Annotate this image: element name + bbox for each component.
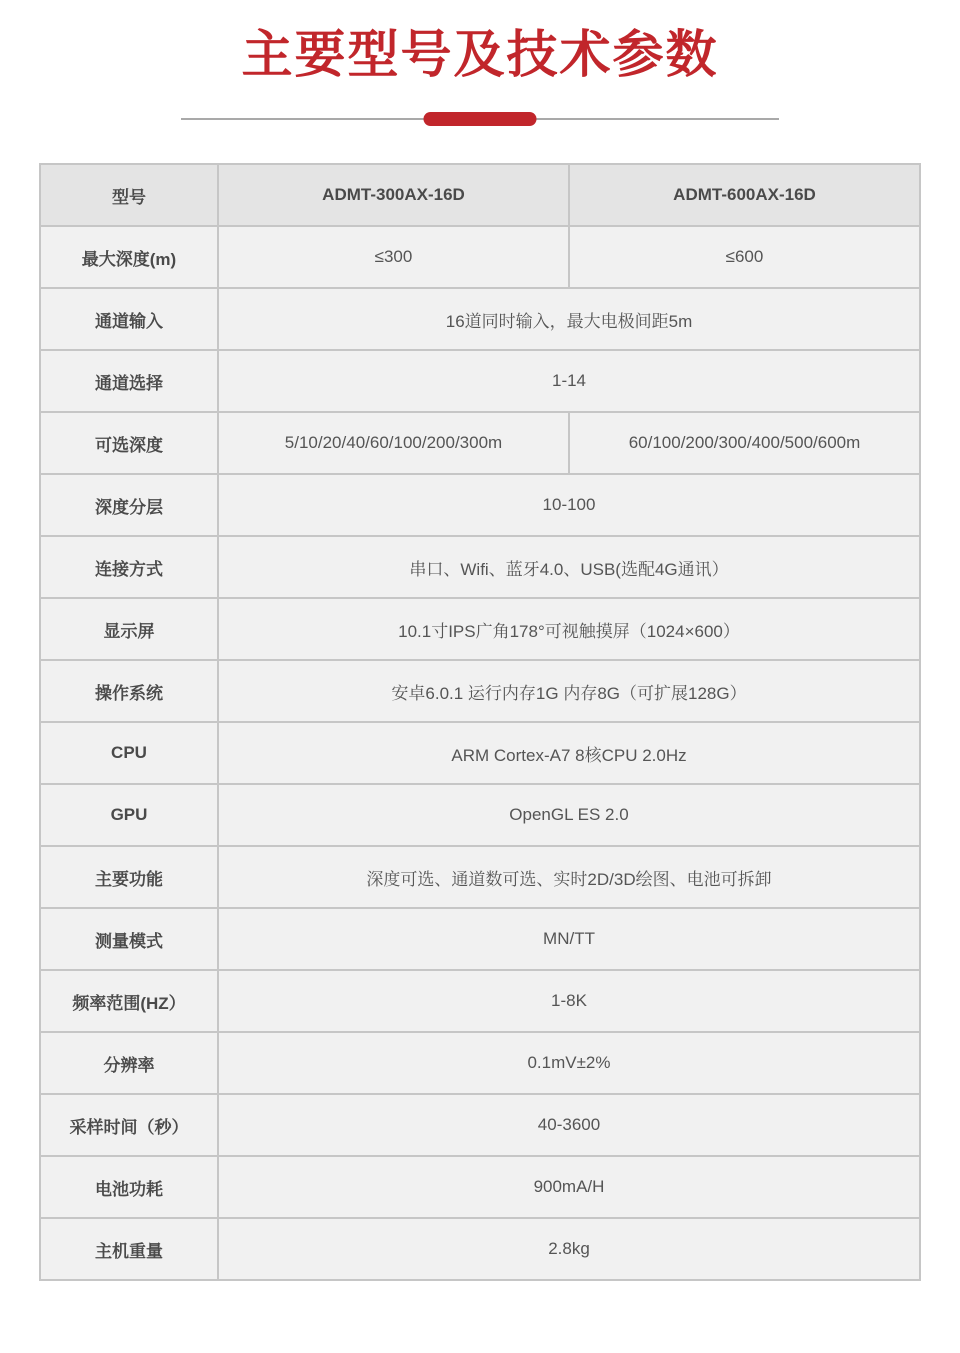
spec-label: 型号 [40, 164, 218, 226]
spec-label: 主机重量 [40, 1218, 218, 1280]
spec-value: 1-8K [218, 970, 920, 1032]
spec-row: 主要功能深度可选、通道数可选、实时2D/3D绘图、电池可拆卸 [40, 846, 920, 908]
spec-label: 主要功能 [40, 846, 218, 908]
spec-label: 频率范围(HZ） [40, 970, 218, 1032]
spec-label: 深度分层 [40, 474, 218, 536]
spec-label: 测量模式 [40, 908, 218, 970]
spec-value: ARM Cortex-A7 8核CPU 2.0Hz [218, 722, 920, 784]
spec-value: 0.1mV±2% [218, 1032, 920, 1094]
spec-row: 操作系统安卓6.0.1 运行内存1G 内存8G（可扩展128G） [40, 660, 920, 722]
spec-table-body: 型号ADMT-300AX-16DADMT-600AX-16D最大深度(m)≤30… [40, 164, 920, 1280]
spec-row: 主机重量2.8kg [40, 1218, 920, 1280]
spec-row: 最大深度(m)≤300≤600 [40, 226, 920, 288]
spec-row: 测量模式MN/TT [40, 908, 920, 970]
title-divider [181, 112, 779, 126]
spec-label: 采样时间（秒） [40, 1094, 218, 1156]
spec-row: 电池功耗900mA/H [40, 1156, 920, 1218]
spec-value: MN/TT [218, 908, 920, 970]
spec-label: 通道选择 [40, 350, 218, 412]
spec-label: 可选深度 [40, 412, 218, 474]
spec-value: 安卓6.0.1 运行内存1G 内存8G（可扩展128G） [218, 660, 920, 722]
spec-row: GPUOpenGL ES 2.0 [40, 784, 920, 846]
spec-label: 显示屏 [40, 598, 218, 660]
spec-table: 型号ADMT-300AX-16DADMT-600AX-16D最大深度(m)≤30… [39, 163, 921, 1281]
spec-header-row: 型号ADMT-300AX-16DADMT-600AX-16D [40, 164, 920, 226]
spec-row: CPUARM Cortex-A7 8核CPU 2.0Hz [40, 722, 920, 784]
spec-value: 10-100 [218, 474, 920, 536]
spec-label: GPU [40, 784, 218, 846]
spec-value: 40-3600 [218, 1094, 920, 1156]
spec-row: 可选深度5/10/20/40/60/100/200/300m60/100/200… [40, 412, 920, 474]
spec-value: 串口、Wifi、蓝牙4.0、USB(选配4G通讯） [218, 536, 920, 598]
spec-row: 分辨率0.1mV±2% [40, 1032, 920, 1094]
spec-value: 深度可选、通道数可选、实时2D/3D绘图、电池可拆卸 [218, 846, 920, 908]
spec-label: 最大深度(m) [40, 226, 218, 288]
spec-row: 频率范围(HZ）1-8K [40, 970, 920, 1032]
bottom-spacer [0, 1281, 960, 1314]
page: 主要型号及技术参数 型号ADMT-300AX-16DADMT-600AX-16D… [0, 0, 960, 1353]
spec-label: 操作系统 [40, 660, 218, 722]
spec-value: ≤600 [569, 226, 920, 288]
spec-value: 10.1寸IPS广角178°可视触摸屏（1024×600） [218, 598, 920, 660]
divider-accent-bar [424, 112, 537, 126]
spec-value: 5/10/20/40/60/100/200/300m [218, 412, 569, 474]
spec-value: ADMT-600AX-16D [569, 164, 920, 226]
spec-label: 电池功耗 [40, 1156, 218, 1218]
spec-row: 显示屏10.1寸IPS广角178°可视触摸屏（1024×600） [40, 598, 920, 660]
spec-value: ADMT-300AX-16D [218, 164, 569, 226]
spec-row: 通道选择1-14 [40, 350, 920, 412]
spec-value: OpenGL ES 2.0 [218, 784, 920, 846]
page-title: 主要型号及技术参数 [0, 0, 960, 85]
spec-label: 连接方式 [40, 536, 218, 598]
spec-value: ≤300 [218, 226, 569, 288]
spec-row: 通道输入16道同时输入，最大电极间距5m [40, 288, 920, 350]
spec-value: 900mA/H [218, 1156, 920, 1218]
spec-label: CPU [40, 722, 218, 784]
spec-value: 60/100/200/300/400/500/600m [569, 412, 920, 474]
spec-value: 2.8kg [218, 1218, 920, 1280]
spec-row: 深度分层10-100 [40, 474, 920, 536]
spec-row: 采样时间（秒）40-3600 [40, 1094, 920, 1156]
spec-row: 连接方式串口、Wifi、蓝牙4.0、USB(选配4G通讯） [40, 536, 920, 598]
spec-value: 16道同时输入，最大电极间距5m [218, 288, 920, 350]
spec-label: 分辨率 [40, 1032, 218, 1094]
spec-value: 1-14 [218, 350, 920, 412]
spec-label: 通道输入 [40, 288, 218, 350]
